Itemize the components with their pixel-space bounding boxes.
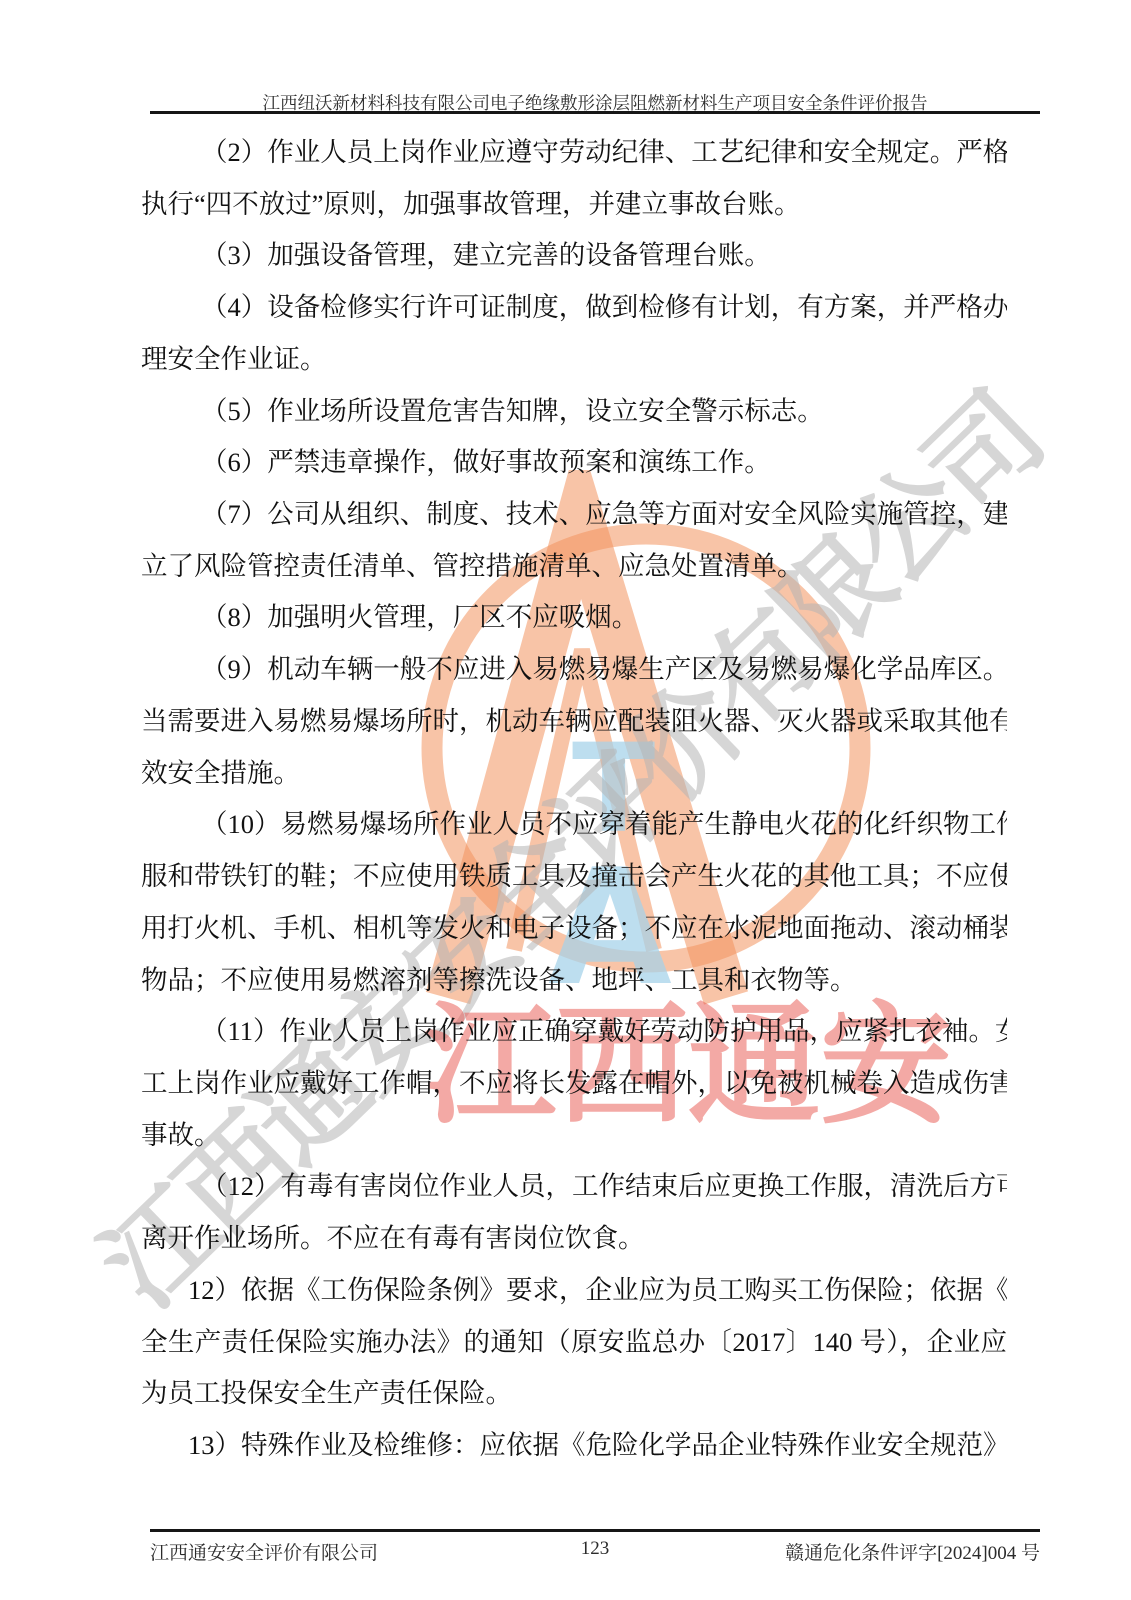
- body-line: 效安全措施。: [141, 748, 1007, 800]
- footer: 江西通安安全评价有限公司 123 赣通危化条件评字[2024]004 号: [150, 1538, 1040, 1568]
- body-line: 离开作业场所。不应在有毒有害岗位饮食。: [141, 1213, 1007, 1265]
- body-line: 服和带铁钉的鞋；不应使用铁质工具及撞击会产生火花的其他工具；不应使: [141, 851, 1007, 903]
- body-line: 13）特殊作业及检维修：应依据《危险化学品企业特殊作业安全规范》: [141, 1420, 1007, 1472]
- body-line: 为员工投保安全生产责任保险。: [141, 1368, 1007, 1420]
- body-line: （5）作业场所设置危害告知牌，设立安全警示标志。: [141, 386, 1007, 438]
- footer-doc-number: 赣通危化条件评字[2024]004 号: [785, 1538, 1040, 1565]
- body-line: 用打火机、手机、相机等发火和电子设备；不应在水泥地面拖动、滚动桶装: [141, 903, 1007, 955]
- body-line: （12）有毒有害岗位作业人员，工作结束后应更换工作服，清洗后方可: [141, 1161, 1007, 1213]
- body-line: 事故。: [141, 1110, 1007, 1162]
- body-line: 物品；不应使用易燃溶剂等擦洗设备、地坪、工具和衣物等。: [141, 955, 1007, 1007]
- body-line: 理安全作业证。: [141, 334, 1007, 386]
- body-line: 全生产责任保险实施办法》的通知（原安监总办〔2017〕140 号），企业应: [141, 1317, 1007, 1369]
- body-text: （2）作业人员上岗作业应遵守劳动纪律、工艺纪律和安全规定。严格执行“四不放过”原…: [141, 127, 1007, 1472]
- body-line: 12）依据《工伤保险条例》要求，企业应为员工购买工伤保险；依据《安: [141, 1265, 1007, 1317]
- body-line: 立了风险管控责任清单、管控措施清单、应急处置清单。: [141, 541, 1007, 593]
- body-line: （3）加强设备管理，建立完善的设备管理台账。: [141, 230, 1007, 282]
- body-line: （4）设备检修实行许可证制度，做到检修有计划，有方案，并严格办: [141, 282, 1007, 334]
- body-line: （9）机动车辆一般不应进入易燃易爆生产区及易燃易爆化学品库区。: [141, 644, 1007, 696]
- body-line: 工上岗作业应戴好工作帽，不应将长发露在帽外，以免被机械卷入造成伤害: [141, 1058, 1007, 1110]
- body-line: （2）作业人员上岗作业应遵守劳动纪律、工艺纪律和安全规定。严格: [141, 127, 1007, 179]
- body-line: （8）加强明火管理，厂区不应吸烟。: [141, 592, 1007, 644]
- body-line: （6）严禁违章操作，做好事故预案和演练工作。: [141, 437, 1007, 489]
- header-rule: [150, 111, 1040, 114]
- document-page: T A 江西通安安全评价有限公司 江西通安 江西纽沃新材料科技有限公司电子绝缘敷…: [0, 0, 1131, 1600]
- body-line: （10）易燃易爆场所作业人员不应穿着能产生静电火花的化纤织物工作: [141, 799, 1007, 851]
- body-line: 执行“四不放过”原则，加强事故管理，并建立事故台账。: [141, 179, 1007, 231]
- body-line: 当需要进入易燃易爆场所时，机动车辆应配装阻火器、灭火器或采取其他有: [141, 696, 1007, 748]
- body-line: （11）作业人员上岗作业应正确穿戴好劳动防护用品，应紧扎衣袖。女: [141, 1006, 1007, 1058]
- body-line: （7）公司从组织、制度、技术、应急等方面对安全风险实施管控，建: [141, 489, 1007, 541]
- footer-rule: [150, 1529, 1040, 1532]
